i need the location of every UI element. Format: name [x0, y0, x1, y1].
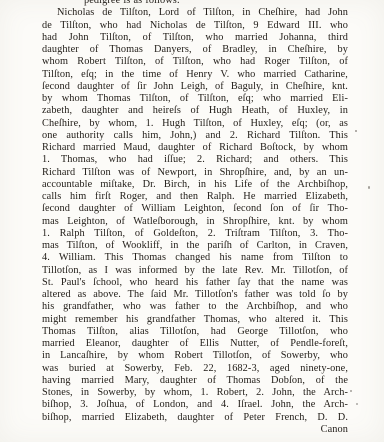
text-line: mas Tilſton, of Wookliff, in the pariſh …: [42, 240, 348, 252]
text-line: Thomas Tilſton, alias Tillotſon, had Geo…: [42, 326, 348, 338]
text-line: was buried at Sowerby, Feb. 22, 1682-3, …: [42, 363, 348, 375]
text-line: Stones, in Sowerby, by whom, 1. Robert, …: [42, 387, 348, 399]
text-line: 1. Ralph Tilſton, of Goldeſton, 2. Triſt…: [42, 228, 348, 240]
text-line: whom Robert Tilſton, of Tilſton, who had…: [42, 56, 348, 68]
text-block: pedigree is as follows: Nicholas de Tilſ…: [42, 0, 348, 437]
text-line: altered as above. The ſaid Mr. Tillotſon…: [42, 289, 348, 301]
text-line: Cheſhire, by whom, 1. Hugh Tilſton, of H…: [42, 118, 348, 130]
text-line: one authority calls him, John,) and 2. R…: [42, 130, 348, 142]
text-line: ſecond daughter of ſir John Leigh, of Ba…: [42, 81, 348, 93]
text-line: 4. William. This Thomas changed his name…: [42, 252, 348, 264]
text-line: biſhop, married Elizabeth, daughter of P…: [42, 412, 348, 424]
scan-speck: [350, 390, 352, 392]
text-line: Tillotſon, as I was informed by the late…: [42, 265, 348, 277]
text-line: having married Mary, daughter of Thomas …: [42, 375, 348, 387]
text-line: St. Paul's ſchool, who heard his father …: [42, 277, 348, 289]
text-line: biſhop, 3. Joſhua, of London, and 4. Iſr…: [42, 399, 348, 411]
scan-speck: [356, 403, 358, 405]
clipped-top-line: pedigree is as follows:: [42, 0, 348, 7]
text-line: Richard married Maud, daughter of Richar…: [42, 142, 348, 154]
text-line: mas Leighton, of Watleſborough, in Shrop…: [42, 216, 348, 228]
text-line: married Eleanor, daughter of Ellis Nutte…: [42, 338, 348, 350]
text-line: his grandfather, who was father to the A…: [42, 301, 348, 313]
text-line: de Tilſton, who had Nicholas de Tilſton,…: [42, 20, 348, 32]
text-line: zabeth, daughter and heireſs of Hugh Hea…: [42, 105, 348, 117]
catchword: Canon: [42, 424, 348, 436]
text-line: Tilſton, eſq; in the time of Henry V. wh…: [42, 69, 348, 81]
text-line: might remember his grandfather Thomas, w…: [42, 314, 348, 326]
text-line: accountable miſtake, Dr. Birch, in his L…: [42, 179, 348, 191]
text-line: daughter of Thomas Danyers, of Bradley, …: [42, 44, 348, 56]
text-line: in Lancaſhire, by whom Robert Tillotſon,…: [42, 350, 348, 362]
text-line: by whom Thomas Tilſton, of Tilſton, eſq;…: [42, 93, 348, 105]
text-line: had John Tilſton, of Tilſton, who marrie…: [42, 32, 348, 44]
text-line: Nicholas de Tilſton, Lord of Tilſton, in…: [42, 7, 348, 19]
scan-speck: [355, 130, 357, 132]
text-line: 1. Thomas, who had iſſue; 2. Richard; an…: [42, 154, 348, 166]
text-line: Richard Tilſton was of Newport, in Shrop…: [42, 167, 348, 179]
text-line: calls him firſt Roger, and then Ralph. H…: [42, 191, 348, 203]
text-line: ſecond daughter of William Leighton, ſec…: [42, 203, 348, 215]
scan-speck: [368, 186, 370, 189]
book-page: pedigree is as follows: Nicholas de Tilſ…: [0, 0, 384, 442]
